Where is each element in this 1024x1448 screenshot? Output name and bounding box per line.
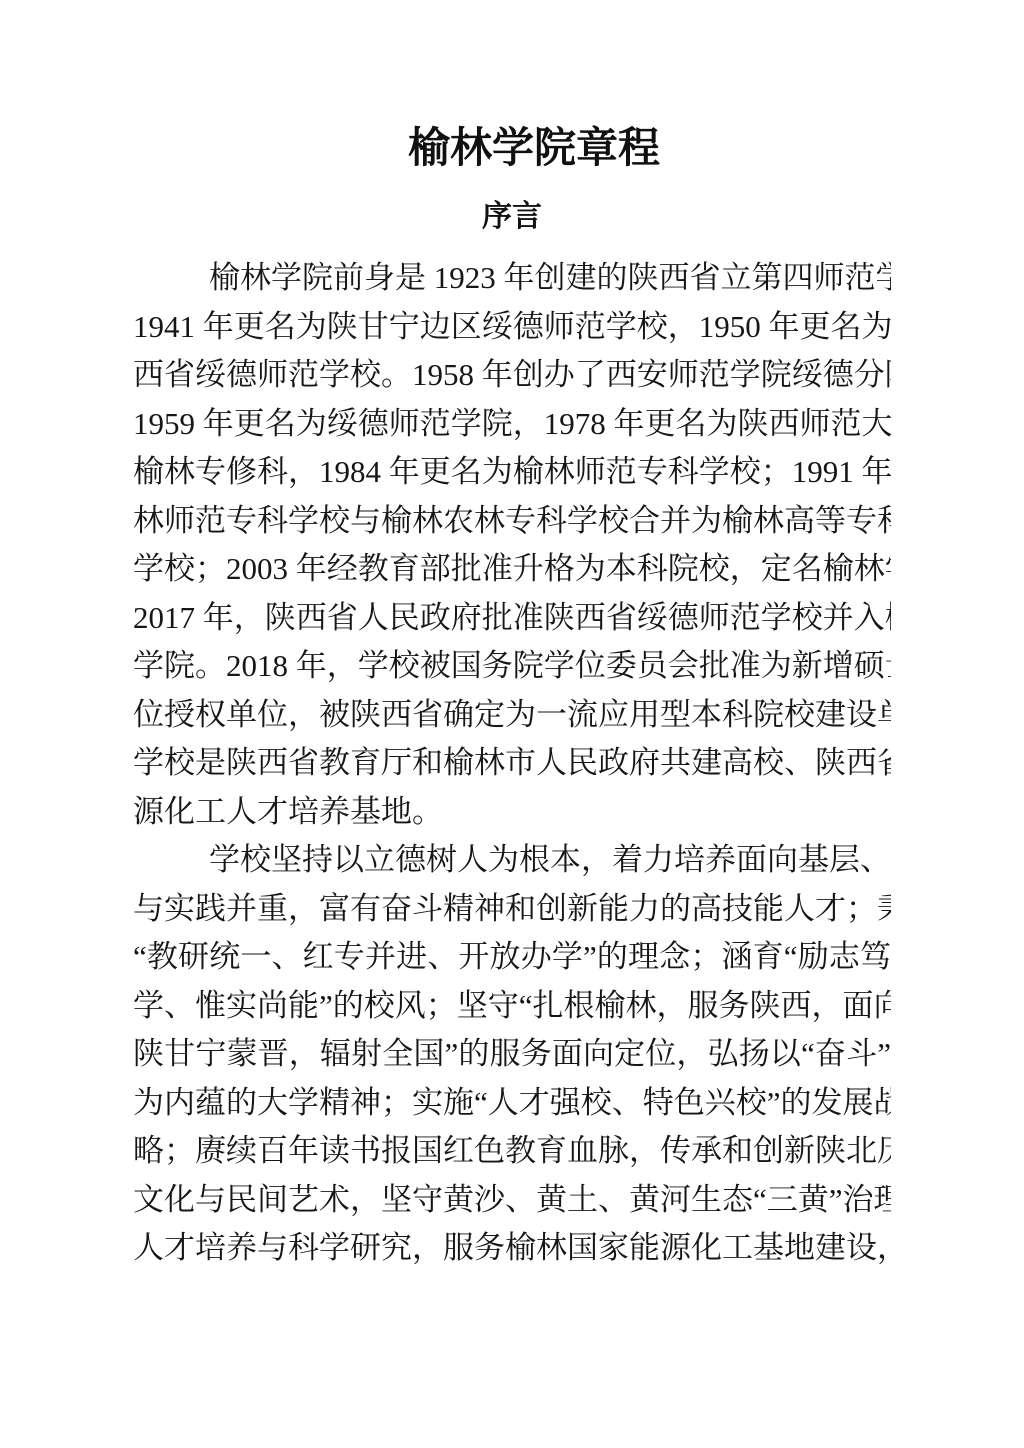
paragraph-history: 榆林学院前身是 1923 年创建的陕西省立第四师范学校， 1941 年更名为陕甘… <box>133 254 891 836</box>
paragraph-line: 1959 年更名为绥德师范学院，1978 年更名为陕西师范大学 <box>133 400 891 449</box>
paragraph-line: 2017 年，陕西省人民政府批准陕西省绥德师范学校并入榆林 <box>133 594 891 643</box>
paragraph-line: 学校；2003 年经教育部批准升格为本科院校，定名榆林学院。 <box>133 545 891 594</box>
paragraph-line: 陕甘宁蒙晋，辐射全国”的服务面向定位，弘扬以“奋斗” <box>133 1030 891 1079</box>
paragraph-line: 与实践并重，富有奋斗精神和创新能力的高技能人才；秉持 <box>133 885 891 934</box>
paragraph-line: 学校是陕西省教育厅和榆林市人民政府共建高校、陕西省能 <box>133 739 891 788</box>
paragraph-line: 文化与民间艺术，坚守黄沙、黄土、黄河生态“三黄”治理 <box>133 1176 891 1225</box>
document-page: 榆林学院章程 序言 榆林学院前身是 1923 年创建的陕西省立第四师范学校， 1… <box>0 0 1024 1448</box>
paragraph-line: 学院。2018 年，学校被国务院学位委员会批准为新增硕士学 <box>133 642 891 691</box>
paragraph-line: 1941 年更名为陕甘宁边区绥德师范学校，1950 年更名为陕 <box>133 303 891 352</box>
paragraph-line: 为内蕴的大学精神；实施“人才强校、特色兴校”的发展战 <box>133 1079 891 1128</box>
paragraph-line: 学校坚持以立德树人为根本，着力培养面向基层、理论 <box>133 836 891 885</box>
paragraph-line: 榆林专修科，1984 年更名为榆林师范专科学校；1991 年，榆 <box>133 448 891 497</box>
paragraph-line: 林师范专科学校与榆林农林专科学校合并为榆林高等专科 <box>133 497 891 546</box>
paragraph-line: 人才培养与科学研究，服务榆林国家能源化工基地建设，不 <box>133 1224 891 1273</box>
paragraph-line: 源化工人才培养基地。 <box>133 788 891 837</box>
paragraph-line: 榆林学院前身是 1923 年创建的陕西省立第四师范学校， <box>133 254 891 303</box>
paragraph-line: 位授权单位，被陕西省确定为一流应用型本科院校建设单位。 <box>133 691 891 740</box>
paragraph-line: 学、惟实尚能”的校风；坚守“扎根榆林，服务陕西，面向 <box>133 982 891 1031</box>
paragraph-line: “教研统一、红专并进、开放办学”的理念；涵育“励志笃 <box>133 933 891 982</box>
paragraph-line: 西省绥德师范学校。1958 年创办了西安师范学院绥德分院， <box>133 351 891 400</box>
paragraph-line: 略；赓续百年读书报国红色教育血脉，传承和创新陕北历史 <box>133 1127 891 1176</box>
document-body: 榆林学院前身是 1923 年创建的陕西省立第四师范学校， 1941 年更名为陕甘… <box>133 254 891 1273</box>
section-heading-preface: 序言 <box>133 199 891 235</box>
paragraph-mission: 学校坚持以立德树人为根本，着力培养面向基层、理论 与实践并重，富有奋斗精神和创新… <box>133 836 891 1273</box>
document-title: 榆林学院章程 <box>133 122 891 174</box>
